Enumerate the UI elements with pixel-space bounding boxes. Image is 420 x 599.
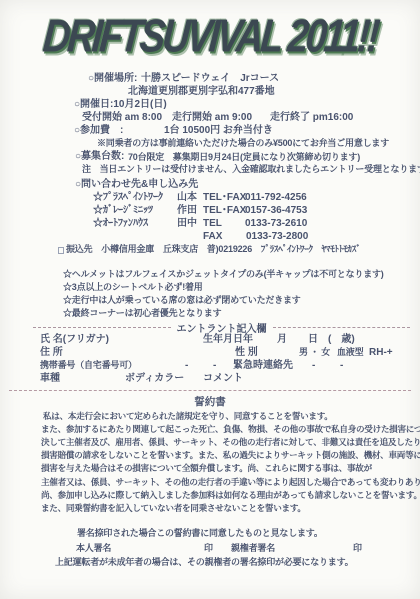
times-line: 受付開始 am 8:00 走行開始 am 9:00 走行終了 pm16:00 — [0, 111, 420, 124]
name-field-label: 氏 名(フリガナ) — [40, 333, 109, 346]
contact-name: ☆ﾌﾟﾗｽﾍﾟｲﾝﾄﾜｰｸ — [93, 191, 163, 204]
contact-name: ☆ｶﾞﾚｰｼﾞﾐﾆｯﾂ — [93, 204, 153, 217]
body-color-field-label: ボディカラー — [125, 372, 184, 385]
fee-line: ○参加費 : 1台 10500円 お弁当付き — [0, 124, 420, 137]
capacity-note: 注 当日エントリーは受付けません、入金確認取れましたらエントリー受理となります。 — [82, 163, 420, 176]
birth-field-label: 生年月日 — [203, 333, 243, 346]
rule-helmet: ☆ヘルメットはフルフェイスかジェットタイプのみ(半キャップは不可となります) — [63, 268, 384, 281]
fee-label: ○参加費 : — [74, 124, 123, 137]
form-row-car: 車種 ボディカラー コメント — [0, 372, 420, 385]
signer-label: 本人署名 — [76, 542, 111, 555]
venue-name: 十勝スピードウェイ Jrコース — [141, 72, 279, 85]
birth-day-label: 日 — [308, 333, 318, 346]
date-line: ○開催日:10月2日(日) — [0, 98, 420, 111]
car-field-label: 車種 — [40, 372, 60, 385]
pledge-text: 決して主催者及び、雇用者、係員、サーキット、その他の走行者に対して、非難又は責任… — [41, 436, 420, 449]
address-field-label: 住 所 — [40, 346, 63, 359]
contact-header: ○問い合わせ先&申し込み先 — [75, 178, 198, 191]
contact-number: 0133-73-2800 — [246, 230, 308, 243]
contact-number: 0133-73-2610 — [245, 217, 307, 230]
capacity-label: ○募集台数: — [75, 150, 124, 163]
pledge-text: 損害賠償の請求をしないことを誓います。また、私の過失によりサーキット側の施設、機… — [41, 449, 420, 462]
contact-line-label: TEL — [203, 217, 222, 230]
contact-line-label: TEL･FAX — [203, 191, 246, 204]
contact-number: 011-792-4256 — [245, 191, 307, 204]
pledge-text: 主催者又は、係員、サーキット、その他の走行者の手違い等により起因した場合であって… — [41, 476, 420, 489]
rule-seatbelt: ☆3点以上のシートベルト必ず!着用 — [63, 281, 203, 294]
pledge-body-line: 私は、本走行会において定められた諸規定を守り、同意することを誓います。 — [0, 410, 420, 423]
rule-final-corner: ☆最終コーナーは初心者優先となります — [63, 307, 221, 320]
rule-line: ☆走行中は人が乗っている席の窓は必ず閉めていただきます — [0, 294, 420, 307]
bank-transfer-info: 振込先 小樽信用金庫 丘珠支店 普)0219226 ﾌﾟﾗｽﾍﾟｲﾝﾄﾜｰｸ ﾔ… — [66, 243, 361, 256]
rule-line: ☆最終コーナーは初心者優先となります — [0, 307, 420, 320]
agreement-note: 署名捺印された場合この誓約書に同意したものと見なします。 — [77, 527, 323, 540]
pledge-body-line: 損害賠償の請求をしないことを誓います。また、私の過失によりサーキット側の施設、機… — [0, 449, 420, 462]
pledge-body-line: 決して主催者及び、雇用者、係員、サーキット、その他の走行者に対して、非難又は責任… — [0, 436, 420, 449]
gender-field-label: 性 別 — [235, 346, 258, 359]
bank-line: 振込先 小樽信用金庫 丘珠支店 普)0219226 ﾌﾟﾗｽﾍﾟｲﾝﾄﾜｰｸ ﾔ… — [0, 243, 420, 256]
time-end: 走行終了 pm16:00 — [270, 111, 353, 124]
page-title: DRIFTSUVIVAL 2011!! — [0, 4, 420, 70]
pledge-section-separator — [9, 390, 411, 391]
form-row-address: 住 所 性 別 男 ・ 女 血液型 RH-+ — [0, 346, 420, 359]
contact-row: ☆ｵｰﾄﾌｧﾝﾊｳｽ 田中 TEL 0133-73-2610 — [0, 217, 420, 230]
comment-field-label: コメント — [203, 372, 243, 385]
blood-type-value: RH-+ — [369, 346, 393, 359]
contact-line-label: FAX — [203, 230, 222, 243]
pledge-text: 尚、参加申し込みに際して納入しました参加料は如何なる理由があっても請求しないこと… — [41, 489, 420, 502]
pledge-text: 私は、本走行会において定められた諸規定を守り、同意することを誓います。 — [43, 410, 333, 423]
pledge-body-line: 尚、参加申し込みに際して納入しました参加料は如何なる理由があっても請求しないこと… — [0, 489, 420, 502]
fee-note-line: ※同乗者の方は事前連絡いただけた場合のみ¥500にてお弁当ご用意します — [0, 137, 420, 150]
venue-line: ○開催場所: 十勝スピードウェイ Jrコース — [0, 72, 420, 85]
pledge-body-line: 主催者又は、係員、サーキット、その他の走行者の手違い等により起因した場合であって… — [0, 476, 420, 489]
pledge-text: また、同乗誓約書を記入していない者を同乗させないことを誓います。 — [41, 502, 306, 515]
contact-person: 山本 — [177, 191, 197, 204]
contact-row: ☆ﾌﾟﾗｽﾍﾟｲﾝﾄﾜｰｸ 山本 TEL･FAX 011-792-4256 — [0, 191, 420, 204]
birth-year-label: 年 — [243, 333, 253, 346]
phone-dash: - — [185, 359, 188, 372]
seal-label: 印 — [353, 542, 362, 555]
contact-line-label: TEL･FAX — [203, 204, 246, 217]
phone-dash: - — [312, 359, 315, 372]
agreement-note-line: 署名捺印された場合この誓約書に同意したものと見なします。 — [0, 527, 420, 540]
capacity-note-line: 注 当日エントリーは受付けません、入金確認取れましたらエントリー受理となります。 — [0, 163, 420, 176]
venue-address: 北海道更別郡更別字弘和477番地 — [128, 85, 275, 98]
contact-header-line: ○問い合わせ先&申し込み先 — [0, 178, 420, 191]
pledge-text: 損害を与えた場合はその損害について全額弁償します。尚、これらに関する事は、事故が — [41, 462, 372, 475]
blood-type-label: 血液型 — [337, 346, 363, 359]
mobile-field-label: 携帯番号（自宅番号可） — [40, 359, 137, 372]
contact-row: ☆ｶﾞﾚｰｼﾞﾐﾆｯﾂ 作田 TEL･FAX 0157-36-4753 — [0, 204, 420, 217]
minor-note: 上記運転者が未成年者の場合は、その親権者の署名捺印が必要になります。 — [55, 556, 353, 569]
venue-address-line: 北海道更別郡更別字弘和477番地 — [0, 85, 420, 98]
time-start: 走行開始 am 9:00 — [172, 111, 252, 124]
capacity-line: ○募集台数: 70台限定 募集期日9月24日(定員になり次第締め切ります) — [0, 150, 420, 163]
pledge-text: また、参加するにあたり関連して起こった死亡、負傷、物損、その他の事故で私自身の受… — [41, 423, 420, 436]
phone-dash: - — [213, 359, 216, 372]
birth-month-label: 月 — [277, 333, 287, 346]
pledge-body-line: 損害を与えた場合はその損害について全額弁償します。尚、これらに関する事は、事故が — [0, 462, 420, 475]
fee-value: 1台 10500円 お弁当付き — [164, 124, 273, 137]
gender-options: 男 ・ 女 — [299, 346, 330, 359]
dashed-line — [273, 327, 411, 328]
rule-line: ☆3点以上のシートベルト必ず!着用 — [0, 281, 420, 294]
signature-line: 本人署名 印 親権者署名 印 — [0, 542, 420, 555]
contact-number: 0157-36-4753 — [245, 204, 307, 217]
square-bullet-icon — [58, 247, 64, 254]
flyer-page: DRIFTSUVIVAL 2011!! ○開催場所: 十勝スピードウェイ Jrコ… — [0, 0, 420, 599]
pledge-body-line: また、参加するにあたり関連して起こった死亡、負傷、物損、その他の事故で私自身の受… — [0, 423, 420, 436]
emergency-field-label: 緊急時連絡先 — [233, 359, 293, 372]
time-reception: 受付開始 am 8:00 — [82, 111, 162, 124]
fee-note: ※同乗者の方は事前連絡いただけた場合のみ¥500にてお弁当ご用意します — [97, 137, 389, 150]
form-row-phone: 携帯番号（自宅番号可） - - 緊急時連絡先 - - — [0, 359, 420, 372]
contact-person: 田中 — [177, 217, 197, 230]
event-date: ○開催日:10月2日(日) — [74, 98, 167, 111]
birth-age-label: ( 歳) — [328, 333, 355, 346]
phone-dash: - — [340, 359, 343, 372]
contact-row: FAX 0133-73-2800 — [0, 230, 420, 243]
rule-line: ☆ヘルメットはフルフェイスかジェットタイプのみ(半キャップは不可となります) — [0, 268, 420, 281]
venue-label: ○開催場所: — [88, 72, 137, 85]
pledge-body-line: また、同乗誓約書を記入していない者を同乗させないことを誓います。 — [0, 502, 420, 515]
contact-person: 作田 — [177, 204, 197, 217]
minor-note-line: 上記運転者が未成年者の場合は、その親権者の署名捺印が必要になります。 — [0, 556, 420, 569]
guardian-label: 親権者署名 — [231, 542, 275, 555]
rule-windows: ☆走行中は人が乗っている席の窓は必ず閉めていただきます — [63, 294, 301, 307]
dashed-line — [33, 327, 171, 328]
contact-name: ☆ｵｰﾄﾌｧﾝﾊｳｽ — [93, 217, 148, 230]
pledge-title: 誓約書 — [0, 396, 420, 409]
seal-label: 印 — [204, 542, 213, 555]
form-row-name: 氏 名(フリガナ) 生年月日 年 月 日 ( 歳) — [0, 333, 420, 346]
